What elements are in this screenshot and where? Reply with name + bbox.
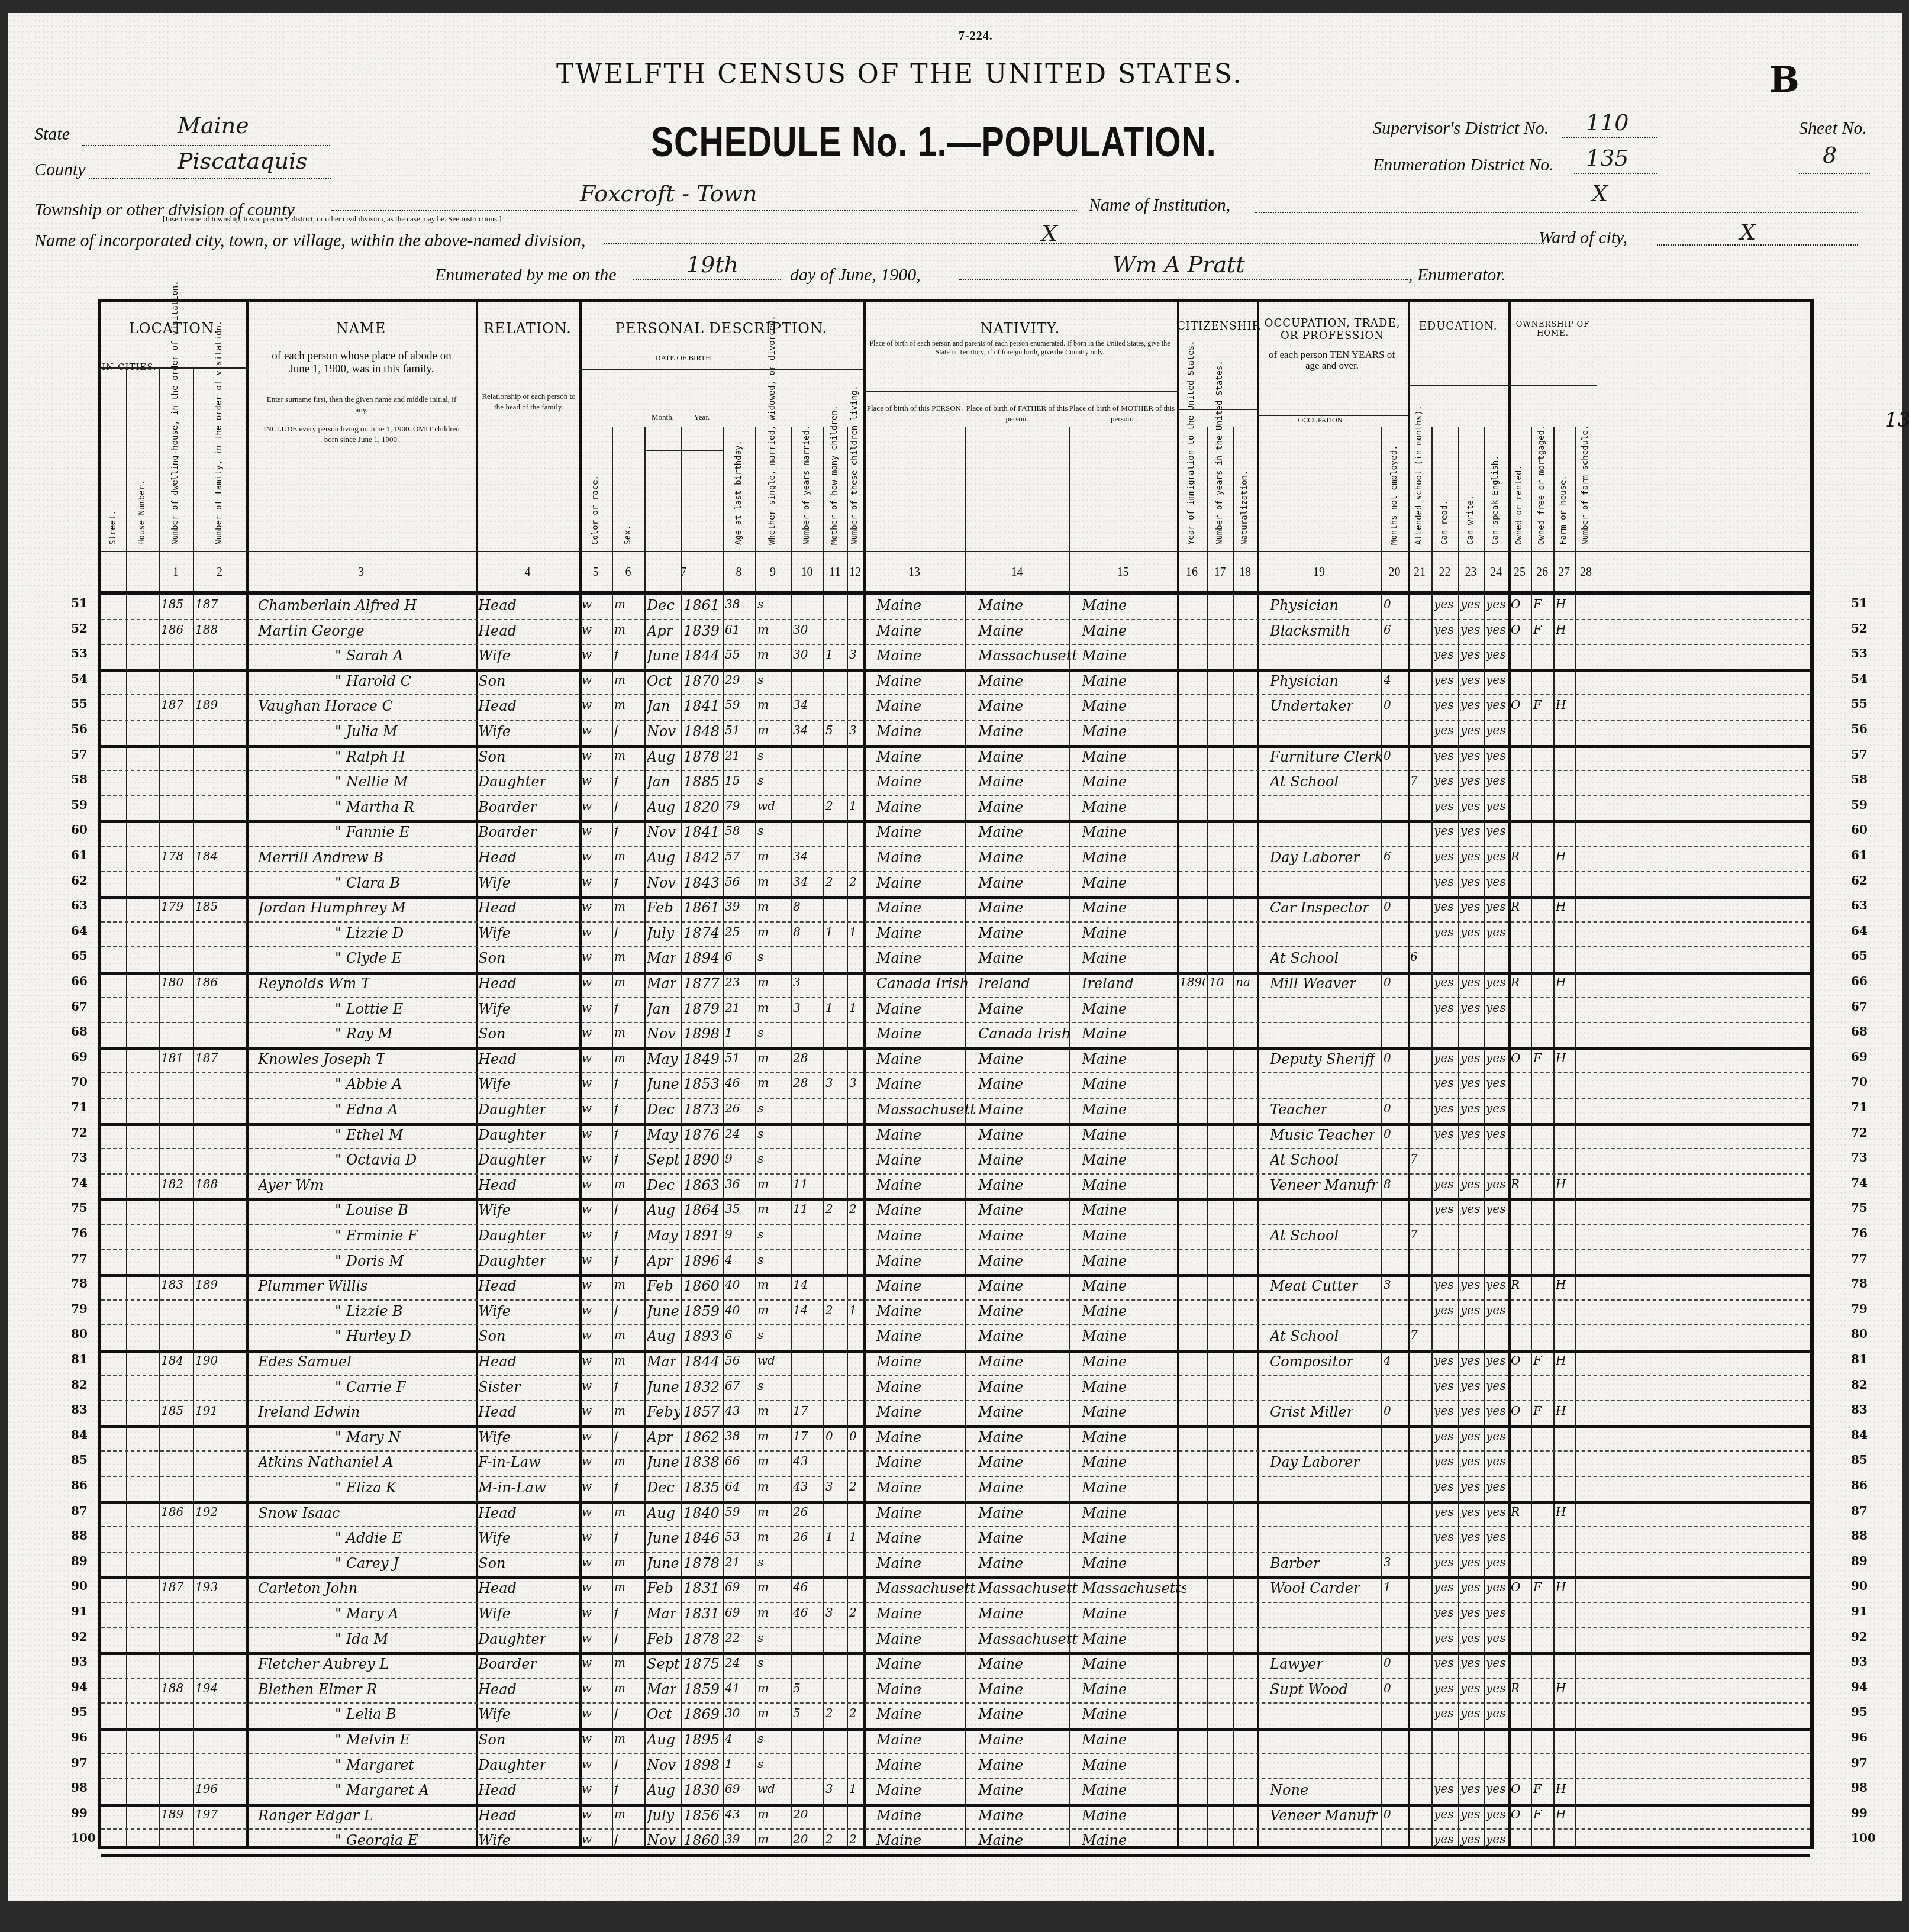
cell-color: w	[582, 1051, 592, 1065]
cell-father: Maine	[978, 1404, 1023, 1420]
cell-write: yes	[1460, 1202, 1480, 1216]
cell-year: 1875	[683, 1656, 720, 1672]
line-number: 81	[1851, 1352, 1868, 1366]
cell-mother-of: 1	[825, 1001, 833, 1015]
cell-year: 1898	[683, 1757, 720, 1773]
cell-month: Nov	[647, 1832, 676, 1849]
cell-color: w	[582, 1025, 592, 1040]
cell-marital: m	[757, 1202, 769, 1216]
table-row: Fletcher Aubrey LBoarderwmSept187524sMai…	[101, 1654, 1810, 1678]
cell-sex: m	[614, 1807, 625, 1821]
cell-english: yes	[1486, 1202, 1505, 1216]
cell-yrs-married: 14	[793, 1278, 808, 1292]
cell-english: yes	[1486, 623, 1505, 637]
cell-name: " Ray M	[335, 1025, 392, 1042]
table-row: " Mary AWifewfMar183169m4632MaineMaineMa…	[101, 1604, 1810, 1627]
cell-yrs-married: 26	[793, 1505, 808, 1519]
cell-year: 1878	[683, 1555, 720, 1572]
cell-living: 0	[849, 1429, 857, 1443]
cell-family: 185	[195, 899, 218, 914]
cell-mother: Maine	[1082, 824, 1127, 840]
cell-read: yes	[1434, 1580, 1453, 1594]
cell-living: 2	[849, 1479, 857, 1494]
cell-yrs-married: 20	[793, 1807, 808, 1821]
cell-write: yes	[1460, 1001, 1480, 1015]
cell-age: 6	[725, 1328, 733, 1342]
cell-marital: m	[757, 899, 769, 914]
cell-mother: Maine	[1082, 1656, 1127, 1672]
cell-relation: Head	[478, 1404, 517, 1420]
cell-english: yes	[1486, 925, 1505, 939]
cell-owned: R	[1511, 1681, 1520, 1695]
line-number: 96	[1851, 1730, 1868, 1744]
cell-name: Martin George	[258, 623, 365, 639]
cell-relation: Wife	[478, 1832, 511, 1849]
cell-english: yes	[1486, 1832, 1505, 1846]
line-number: 53	[71, 646, 88, 660]
cell-unemployed: 0	[1384, 1681, 1391, 1695]
cell-birth: Maine	[876, 1505, 921, 1521]
cell-age: 39	[725, 899, 740, 914]
cell-name: " Eliza K	[335, 1479, 396, 1496]
cell-marital: s	[757, 673, 763, 687]
cell-yrs-married: 43	[793, 1454, 808, 1468]
cell-marital: m	[757, 1832, 769, 1846]
cell-relation: Head	[478, 1177, 517, 1194]
row-divider	[101, 946, 1810, 947]
row-divider	[101, 1098, 1810, 1099]
cell-father: Maine	[978, 1656, 1023, 1672]
cell-month: Sept	[647, 1656, 680, 1672]
cell-dwelling: 186	[161, 623, 183, 637]
cell-relation: Wife	[478, 925, 511, 941]
cell-name: Fletcher Aubrey L	[258, 1656, 389, 1672]
cell-name: " Doris M	[335, 1253, 404, 1269]
column-number: 24	[1484, 566, 1508, 579]
line-number: 94	[1851, 1680, 1868, 1694]
cell-marital: m	[757, 698, 769, 712]
cell-name: Atkins Nathaniel A	[258, 1454, 394, 1470]
column-number: 4	[476, 566, 579, 579]
cell-yrs-married: 46	[793, 1580, 808, 1594]
cell-relation: Head	[478, 1580, 517, 1596]
enumeration-value: 135	[1586, 145, 1629, 171]
cell-color: w	[582, 1757, 592, 1771]
cell-farm: H	[1556, 1404, 1566, 1418]
cell-english: yes	[1486, 1429, 1505, 1443]
cell-year: 1839	[683, 623, 720, 639]
table-row: " Edna ADaughterwfDec187326sMassachusett…	[101, 1100, 1810, 1123]
header-write: Can write.	[1466, 367, 1475, 545]
nativity-desc: Place of birth of each person and parent…	[868, 339, 1172, 357]
cell-color: w	[582, 1605, 592, 1620]
group-ownership: OWNERSHIP OF HOME.	[1508, 320, 1597, 338]
cell-month: Dec	[647, 597, 675, 614]
cell-father: Maine	[978, 1227, 1023, 1244]
cell-age: 66	[725, 1454, 740, 1468]
cell-name: Plummer Willis	[258, 1278, 367, 1294]
line-number: 65	[1851, 949, 1868, 963]
line-number: 55	[71, 696, 88, 711]
cell-school: 7	[1410, 773, 1418, 788]
cell-father: Maine	[978, 1127, 1023, 1143]
cell-father: Maine	[978, 1101, 1023, 1118]
row-divider	[101, 1224, 1810, 1225]
cell-marital: s	[757, 1631, 763, 1645]
cell-unemployed: 0	[1384, 1656, 1391, 1670]
line-number: 58	[1851, 772, 1868, 786]
header-children-living: Number of these children living.	[850, 367, 859, 545]
cell-relation: Boarder	[478, 799, 537, 815]
column-number: 25	[1508, 566, 1531, 579]
line-number: 68	[1851, 1024, 1868, 1038]
cell-owned: O	[1511, 597, 1520, 611]
cell-father: Maine	[978, 799, 1023, 815]
cell-father: Ireland	[978, 975, 1030, 992]
cell-year: 1846	[683, 1530, 720, 1546]
header-sex: Sex.	[623, 367, 633, 545]
cell-month: Aug	[647, 849, 675, 866]
cell-father: Maine	[978, 623, 1023, 639]
cell-family: 193	[195, 1580, 218, 1594]
cell-sex: m	[614, 1580, 625, 1594]
line-number: 87	[71, 1504, 88, 1518]
cell-english: yes	[1486, 773, 1505, 788]
cell-occupation: Veneer Manufr	[1270, 1177, 1378, 1194]
cell-farm: H	[1556, 623, 1566, 637]
sheet-value: 8	[1823, 142, 1837, 168]
cell-year: 1896	[683, 1253, 720, 1269]
cell-sex: f	[614, 1832, 618, 1846]
cell-relation: M-in-Law	[478, 1479, 546, 1496]
cell-family: 186	[195, 975, 218, 989]
cell-relation: Wife	[478, 1530, 511, 1546]
row-divider	[101, 619, 1810, 620]
cell-living: 2	[849, 1832, 857, 1846]
cell-write: yes	[1460, 1051, 1480, 1065]
cell-year: 1848	[683, 723, 720, 740]
cell-month: Oct	[647, 673, 672, 689]
row-divider	[101, 1828, 1810, 1830]
cell-sex: m	[614, 623, 625, 637]
header-mortgage: Owned free or mortgaged.	[1537, 367, 1546, 545]
table-row: " Ray MSonwmNov18981sMaineCanada IrishMa…	[101, 1024, 1810, 1047]
cell-yrs-married: 3	[793, 975, 801, 989]
cell-birth: Maine	[876, 1001, 921, 1017]
row-divider	[101, 1753, 1810, 1754]
cell-unemployed: 0	[1384, 698, 1391, 712]
cell-name: Ranger Edgar L	[258, 1807, 373, 1824]
cell-write: yes	[1460, 1353, 1480, 1367]
table-row: " Lizzie BWifewfJune185940m1421MaineMain…	[101, 1302, 1810, 1325]
cell-year: 1831	[683, 1605, 720, 1622]
line-number: 87	[1851, 1504, 1868, 1518]
cell-birth: Maine	[876, 1278, 921, 1294]
table-row: " Doris MDaughterwfApr18964sMaineMaineMa…	[101, 1252, 1810, 1275]
cell-age: 23	[725, 975, 740, 989]
cell-yrs-married: 5	[793, 1681, 801, 1695]
cell-age: 4	[725, 1731, 733, 1746]
cell-month: Aug	[647, 749, 675, 765]
enumerated-suffix: day of June, 1900,	[790, 265, 921, 285]
cell-english: yes	[1486, 1656, 1505, 1670]
cell-owned: R	[1511, 1505, 1520, 1519]
header-school: Attended school (in months).	[1414, 367, 1424, 545]
cell-family: 197	[195, 1807, 218, 1821]
census-title: TWELFTH CENSUS OF THE UNITED STATES.	[556, 59, 1243, 89]
cell-relation: Daughter	[478, 1101, 546, 1118]
cell-year: 1877	[683, 975, 720, 992]
line-number: 62	[71, 873, 88, 888]
cell-yrs-married: 3	[793, 1001, 801, 1015]
line-number: 64	[1851, 924, 1868, 938]
cell-marital: wd	[757, 1353, 775, 1367]
column-number: 22	[1431, 566, 1458, 579]
table-row: 186188Martin GeorgeHeadwmApr183961m30Mai…	[101, 621, 1810, 644]
cell-read: yes	[1434, 1631, 1453, 1645]
cell-year: 1879	[683, 1001, 720, 1017]
cell-farm: H	[1556, 1580, 1566, 1594]
table-row: " Nellie MDaughterwfJan188515sMaineMaine…	[101, 772, 1810, 795]
cell-color: w	[582, 950, 592, 964]
cell-owned: O	[1511, 623, 1520, 637]
cell-sex: m	[614, 1051, 625, 1065]
cell-english: yes	[1486, 1782, 1505, 1796]
row-divider	[101, 1678, 1810, 1679]
cell-living: 2	[849, 1202, 857, 1216]
cell-english: yes	[1486, 1303, 1505, 1317]
line-number: 51	[1851, 596, 1868, 610]
cell-color: w	[582, 1832, 592, 1846]
cell-mother: Maine	[1082, 1303, 1127, 1320]
cell-yrs-married: 28	[793, 1051, 808, 1065]
cell-yrs-married: 17	[793, 1429, 808, 1443]
cell-write: yes	[1460, 1303, 1480, 1317]
cell-age: 41	[725, 1681, 740, 1695]
table-row: " Ida MDaughterwfFeb187822sMaineMassachu…	[101, 1630, 1810, 1653]
cell-name: " Mary N	[335, 1429, 401, 1446]
cell-birth: Maine	[876, 1706, 921, 1723]
cell-name: " Ralph H	[335, 749, 405, 765]
cell-mother-of: 2	[825, 1832, 833, 1846]
cell-read: yes	[1434, 1807, 1453, 1821]
row-divider	[101, 871, 1810, 872]
line-number: 72	[1851, 1125, 1868, 1140]
cell-father: Maine	[978, 925, 1023, 941]
cell-relation: Boarder	[478, 1656, 537, 1672]
cell-father: Maine	[978, 1328, 1023, 1344]
group-relation: RELATION.	[476, 320, 579, 337]
line-number: 63	[1851, 898, 1868, 912]
cell-relation: Wife	[478, 1202, 511, 1218]
cell-read: yes	[1434, 647, 1453, 662]
line-number: 57	[1851, 747, 1868, 762]
cell-write: yes	[1460, 1127, 1480, 1141]
cell-age: 6	[725, 950, 733, 964]
header-street: Street.	[108, 403, 118, 545]
cell-sex: m	[614, 1681, 625, 1695]
header-owned: Owned or rented.	[1514, 367, 1524, 545]
cell-birth: Maine	[876, 1479, 921, 1496]
line-number: 92	[1851, 1630, 1868, 1644]
cell-month: Mar	[647, 950, 676, 966]
enumerated-prefix: Enumerated by me on the	[435, 265, 617, 285]
cell-read: yes	[1434, 623, 1453, 637]
cell-marital: m	[757, 1404, 769, 1418]
cell-father: Maine	[978, 1353, 1023, 1370]
cell-month: Nov	[647, 1025, 676, 1042]
cell-marital: s	[757, 1328, 763, 1342]
cell-age: 51	[725, 723, 740, 737]
cell-sex: f	[614, 1530, 618, 1544]
line-number: 58	[71, 772, 88, 786]
cell-birth: Maine	[876, 1530, 921, 1546]
cell-age: 43	[725, 1807, 740, 1821]
cell-relation: Son	[478, 1025, 505, 1042]
cell-marital: s	[757, 597, 763, 611]
cell-yrs-married: 34	[793, 849, 808, 863]
cell-color: w	[582, 1681, 592, 1695]
cell-living: 1	[849, 1782, 857, 1796]
cell-relation: Daughter	[478, 1227, 546, 1244]
cell-month: Nov	[647, 824, 676, 840]
cell-marital: s	[757, 1555, 763, 1569]
cell-sex: f	[614, 1152, 618, 1166]
cell-mother: Maine	[1082, 773, 1127, 790]
cell-color: w	[582, 975, 592, 989]
cell-color: w	[582, 1379, 592, 1393]
cell-write: yes	[1460, 749, 1480, 763]
cell-unemployed: 0	[1384, 1101, 1391, 1115]
line-number: 70	[71, 1075, 88, 1089]
cell-year: 1840	[683, 1505, 720, 1521]
cell-write: yes	[1460, 673, 1480, 687]
cell-name: " Louise B	[335, 1202, 408, 1218]
cell-color: w	[582, 1278, 592, 1292]
cell-year: 1891	[683, 1227, 720, 1244]
cell-father: Massachusetts	[978, 1580, 1078, 1596]
cell-living: 1	[849, 1303, 857, 1317]
cell-birth: Massachusetts	[876, 1580, 975, 1596]
cell-sex: f	[614, 1253, 618, 1267]
cell-mother-of: 2	[825, 799, 833, 813]
cell-year: 1876	[683, 1127, 720, 1143]
cell-living: 3	[849, 1076, 857, 1090]
cell-father: Maine	[978, 1782, 1023, 1798]
cell-occupation: Blacksmith	[1270, 623, 1350, 639]
cell-month: June	[647, 1530, 679, 1546]
cell-name: " Nellie M	[335, 773, 408, 790]
line-number: 72	[71, 1125, 88, 1140]
cell-marital: m	[757, 1580, 769, 1594]
cell-relation: Head	[478, 623, 517, 639]
cell-english: yes	[1486, 1051, 1505, 1065]
cell-living: 2	[849, 1605, 857, 1620]
cell-english: yes	[1486, 1001, 1505, 1015]
cell-mother: Maine	[1082, 749, 1127, 765]
cell-living: 1	[849, 799, 857, 813]
cell-mother: Maine	[1082, 1227, 1127, 1244]
column-number: 13	[863, 566, 965, 579]
cell-read: yes	[1434, 1681, 1453, 1695]
header-divider	[644, 450, 723, 451]
cell-mother: Maine	[1082, 698, 1127, 714]
cell-father: Maine	[978, 849, 1023, 866]
cell-mortgage: F	[1533, 1807, 1542, 1821]
cell-name: Knowles Joseph T	[258, 1051, 385, 1067]
line-number: 90	[1851, 1579, 1868, 1593]
cell-month: July	[647, 1807, 674, 1824]
table-row: " Octavia DDaughterwfSept18909sMaineMain…	[101, 1150, 1810, 1173]
line-number: 74	[1851, 1176, 1868, 1190]
cell-sex: m	[614, 1353, 625, 1367]
cell-occupation: Wool Carder	[1270, 1580, 1360, 1596]
cell-write: yes	[1460, 623, 1480, 637]
line-number: 57	[71, 747, 88, 762]
cell-yrs-married: 11	[793, 1177, 808, 1191]
cell-family: 189	[195, 698, 218, 712]
cell-father: Maine	[978, 1505, 1023, 1521]
cell-read: yes	[1434, 1127, 1453, 1141]
cell-sex: m	[614, 1656, 625, 1670]
cell-age: 46	[725, 1076, 740, 1090]
cell-color: w	[582, 1580, 592, 1594]
line-number: 97	[1851, 1756, 1868, 1770]
cell-age: 21	[725, 1001, 740, 1015]
cell-yrs-married: 20	[793, 1832, 808, 1846]
cell-write: yes	[1460, 1177, 1480, 1191]
enumerator-label: , Enumerator.	[1408, 265, 1505, 285]
cell-marital: m	[757, 1303, 769, 1317]
cell-month: Nov	[647, 723, 676, 740]
cell-month: Apr	[647, 1429, 673, 1446]
cell-english: yes	[1486, 1479, 1505, 1494]
cell-color: w	[582, 1001, 592, 1015]
cell-name: Edes Samuel	[258, 1353, 352, 1370]
cell-english: yes	[1486, 698, 1505, 712]
cell-color: w	[582, 1706, 592, 1720]
cell-yrs-married: 14	[793, 1303, 808, 1317]
cell-relation: Wife	[478, 723, 511, 740]
cell-age: 56	[725, 875, 740, 889]
table-row: " Abbie AWifewfJune185346m2833MaineMaine…	[101, 1075, 1810, 1098]
group-in-cities: IN CITIES.	[101, 362, 157, 372]
cell-mother: Maine	[1082, 1051, 1127, 1067]
cell-yrs-married: 46	[793, 1605, 808, 1620]
row-divider	[101, 921, 1810, 923]
cell-birth: Maine	[876, 1202, 921, 1218]
cell-living: 1	[849, 1001, 857, 1015]
cell-father: Massachusetts	[978, 647, 1078, 664]
cell-sex: f	[614, 1631, 618, 1645]
line-number: 86	[71, 1478, 88, 1492]
cell-year: 1844	[683, 647, 720, 664]
cell-read: yes	[1434, 1278, 1453, 1292]
cell-write: yes	[1460, 1479, 1480, 1494]
cell-marital: m	[757, 1505, 769, 1519]
cell-name: " Carey J	[335, 1555, 399, 1572]
cell-mother: Maine	[1082, 673, 1127, 689]
cell-month: Oct	[647, 1706, 672, 1723]
cell-birth: Maine	[876, 1253, 921, 1269]
cell-unemployed: 3	[1384, 1278, 1391, 1292]
cell-mortgage: F	[1533, 1353, 1542, 1367]
cell-relation: Wife	[478, 1605, 511, 1622]
cell-name: " Clyde E	[335, 950, 402, 966]
cell-name: " Clara B	[335, 875, 400, 891]
line-number: 91	[1851, 1604, 1868, 1618]
cell-age: 1	[725, 1757, 733, 1771]
